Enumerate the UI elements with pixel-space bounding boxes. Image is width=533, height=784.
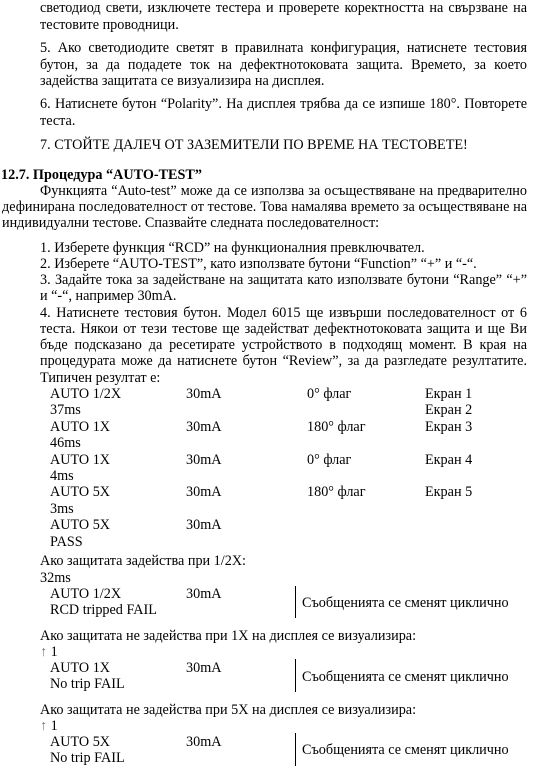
text-line: задейства защитата се визуализира на дис…	[40, 73, 324, 89]
result-mode: AUTO 1/2X	[50, 386, 121, 402]
result-current: 30mA	[186, 419, 221, 435]
step-7-warning: 7. СТОЙТЕ ДАЛЕЧ ОТ ЗАЗЕМИТЕЛИ ПО ВРЕМЕ Н…	[40, 137, 468, 153]
case-5x-value: 1	[51, 718, 58, 734]
intro-line-2: дефинирана последователност от тестове. …	[2, 199, 527, 215]
result-flag: 0° флаг	[307, 386, 351, 402]
result-current: 30mA	[186, 517, 221, 533]
text-line: процедурата може да натиснете бутон “Rev…	[40, 353, 527, 369]
result-screen: Екран 4	[425, 452, 472, 468]
result-mode: AUTO 1X	[50, 452, 110, 468]
text-line: дефинирана последователност от тестове. …	[2, 199, 527, 215]
result-screen: Екран 5	[425, 484, 472, 500]
result-mode: 4ms	[50, 468, 74, 484]
section-heading: 12.7. Процедура “AUTO-TEST”	[1, 167, 202, 183]
result-mode: AUTO 1X	[50, 419, 110, 435]
step-1: 1. Изберете функция “RCD” на функционалн…	[40, 240, 425, 256]
case-1x-readout: ↑ 1	[40, 644, 58, 660]
step-4-line-1: 4. Натиснете тестовия бутон. Модел 6015 …	[40, 305, 527, 321]
case-half-current: 30mA	[186, 586, 221, 602]
text-line: светодиод свети, изключете тестера и про…	[40, 0, 527, 17]
step-4-line-3: бъде подсказано да ресетирате устройство…	[40, 337, 527, 353]
arrow-up-icon: ↑	[40, 644, 47, 660]
result-flag: 0° флаг	[307, 452, 351, 468]
divider-bar	[295, 659, 296, 692]
case-1x-mode: AUTO 1X	[50, 660, 110, 676]
step-2: 2. Изберете “AUTO-TEST”, като използвате…	[40, 256, 477, 272]
text-line: 5. Ако светодиодите светят в правилната …	[40, 40, 527, 57]
text-line: теста.	[40, 113, 75, 129]
case-5x-note: Съобщенията се сменят циклично	[302, 742, 509, 758]
case-5x-label: Ако защитата не задейства при 5X на дисп…	[40, 702, 416, 718]
case-half-label: Ако защитата задейства при 1/2X:	[40, 553, 246, 569]
case-half-mode: AUTO 1/2X	[50, 586, 121, 602]
text-line: тестовите проводници.	[40, 17, 179, 33]
text-line: бутон, за да подадете ток на дефектноток…	[40, 57, 527, 74]
step-4-line-4: процедурата може да натиснете бутон “Rev…	[40, 353, 527, 369]
step-6-paragraph: 6. Натиснете бутон “Polarity”. На диспле…	[40, 96, 527, 129]
text-line: 3. Задайте тока за задействане на защита…	[40, 272, 527, 288]
result-screen: Екран 3	[425, 419, 472, 435]
result-mode: 3ms	[50, 501, 74, 517]
divider-bar	[295, 733, 296, 766]
divider-bar	[295, 586, 296, 618]
result-flag: 180° флаг	[307, 419, 366, 435]
result-current: 30mA	[186, 386, 221, 402]
text-line: Функцията “Auto-test” може да се използв…	[40, 183, 527, 199]
text-line: бъде подсказано да ресетирате устройство…	[40, 337, 527, 353]
case-1x-value: 1	[51, 644, 58, 660]
step-3-line-2: и “-“, например 30mA.	[40, 288, 176, 304]
arrow-up-icon: ↑	[40, 718, 47, 734]
text-line: 6. Натиснете бутон “Polarity”. На диспле…	[40, 96, 527, 113]
case-1x-label: Ако защитата не задейства при 1X на дисп…	[40, 628, 416, 644]
typical-result-label: Типичен резултат е:	[40, 370, 160, 386]
text-line: 4. Натиснете тестовия бутон. Модел 6015 …	[40, 305, 527, 321]
case-1x-note: Съобщенията се сменят циклично	[302, 669, 509, 685]
result-mode: PASS	[50, 534, 83, 550]
case-1x-current: 30mA	[186, 660, 221, 676]
text-line: теста. Някои от тези тестове ще задейств…	[40, 321, 527, 337]
result-screen: Екран 1	[425, 386, 472, 402]
result-current: 30mA	[186, 452, 221, 468]
case-half-value: 32ms	[40, 570, 71, 586]
case-5x-status: No trip FAIL	[50, 750, 125, 766]
result-mode: 46ms	[50, 435, 81, 451]
result-current: 30mA	[186, 484, 221, 500]
step-5-paragraph: 5. Ако светодиодите светят в правилната …	[40, 40, 527, 90]
case-5x-readout: ↑ 1	[40, 718, 58, 734]
case-5x-mode: AUTO 5X	[50, 734, 110, 750]
case-half-status: RCD tripped FAIL	[50, 602, 157, 618]
result-mode: AUTO 5X	[50, 484, 110, 500]
case-5x-current: 30mA	[186, 734, 221, 750]
case-1x-status: No trip FAIL	[50, 676, 125, 692]
result-mode: AUTO 5X	[50, 517, 110, 533]
case-half-note: Съобщенията се сменят циклично	[302, 595, 509, 611]
intro-line-1: Функцията “Auto-test” може да се използв…	[40, 183, 527, 199]
result-screen: Екран 2	[425, 402, 472, 418]
paragraph-continuation: светодиод свети, изключете тестера и про…	[40, 0, 527, 33]
intro-line-3: индивидуални тестове. Спазвайте следната…	[2, 215, 379, 231]
result-flag: 180° флаг	[307, 484, 366, 500]
step-3-line-1: 3. Задайте тока за задействане на защита…	[40, 272, 527, 288]
result-mode: 37ms	[50, 402, 81, 418]
step-4-line-2: теста. Някои от тези тестове ще задейств…	[40, 321, 527, 337]
